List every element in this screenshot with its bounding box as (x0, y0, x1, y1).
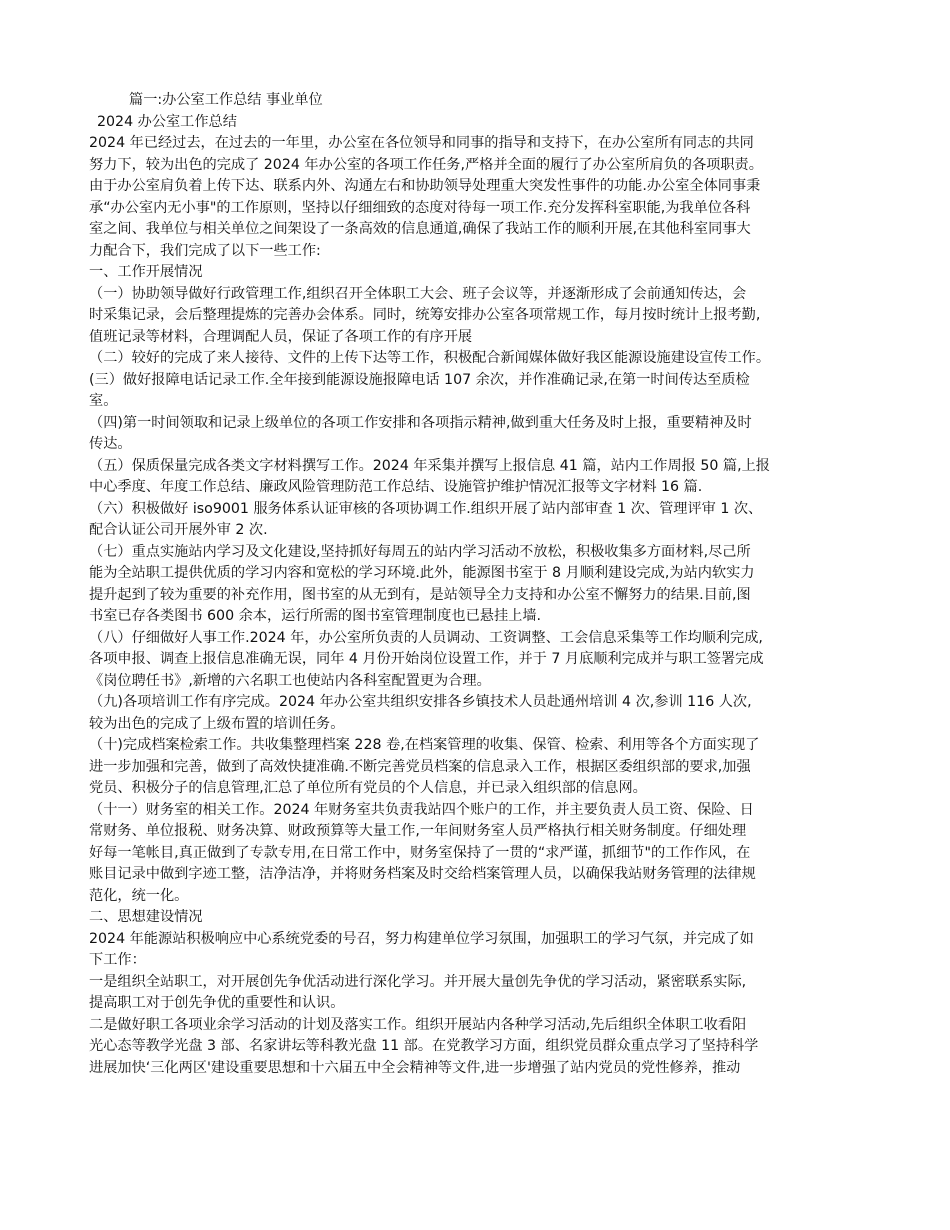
paragraph-line: 账目记录中做到字迹工整，洁净洁净，并将财务档案及时交给档案管理人员，以确保我站财… (89, 864, 864, 886)
paragraph-line: （十)完成档案检索工作。共收集整理档案 228 卷,在档案管理的收集、保管、检索… (89, 735, 864, 757)
paragraph-line: 一是组织全站职工，对开展创先争优活动进行深化学习。并开展大量创先争优的学习活动，… (89, 972, 864, 994)
paragraph-line: （八）仔细做好人事工作.2024 年，办公室所负责的人员调动、工资调整、工会信息… (89, 628, 864, 650)
paragraph-line: 中心季度、年度工作总结、廉政风险管理防范工作总结、设施管护维护情况汇报等文字材料… (89, 477, 864, 499)
paragraph-line: 各项申报、调查上报信息准确无误，同年 4 月份开始岗位设置工作，并于 7 月底顺… (89, 649, 864, 671)
paragraph-line: 力配合下，我们完成了以下一些工作: (89, 241, 864, 263)
paragraph-line: 进一步加强和完善，做到了高效快捷准确.不断完善党员档案的信息录入工作，根据区委组… (89, 757, 864, 779)
paragraph-line: 值班记录等材料，合理调配人员，保证了各项工作的有序开展 (89, 327, 864, 349)
paragraph-line: 一、工作开展情况 (89, 262, 864, 284)
paragraph-line: （二）较好的完成了来人接待、文件的上传下达等工作，积极配合新闻媒体做好我区能源设… (89, 348, 864, 370)
paragraph-line: 党员、积极分子的信息管理,汇总了单位所有党员的个人信息，并已录入组织部的信息网。 (89, 778, 864, 800)
document-body: 2024 年已经过去，在过去的一年里，办公室在各位领导和同事的指导和支持下，在办… (89, 133, 864, 1079)
paragraph-line: （一）协助领导做好行政管理工作,组织召开全体职工大会、班子会议等，并逐渐形成了会… (89, 284, 864, 306)
paragraph-line: 能为全站职工提供优质的学习内容和宽松的学习环境.此外，能源图书室于 8 月顺利建… (89, 563, 864, 585)
paragraph-line: 时采集记录，会后整理提炼的完善办会体系。同时，统筹安排办公室各项常规工作，每月按… (89, 305, 864, 327)
paragraph-line: (三）做好报障电话记录工作.全年接到能源设施报障电话 107 余次，并作准确记录… (89, 370, 864, 392)
paragraph-line: 范化，统一化。 (89, 886, 864, 908)
paragraph-line: 提升起到了较为重要的补充作用，图书室的从无到有，是站领导全力支持和办公室不懈努力… (89, 585, 864, 607)
paragraph-line: 较为出色的完成了上级布置的培训任务。 (89, 714, 864, 736)
paragraph-line: 室。 (89, 391, 864, 413)
document-title: 篇一:办公室工作总结 事业单位 (89, 90, 864, 112)
paragraph-line: 2024 年已经过去，在过去的一年里，办公室在各位领导和同事的指导和支持下，在办… (89, 133, 864, 155)
paragraph-line: 二是做好职工各项业余学习活动的计划及落实工作。组织开展站内各种学习活动,先后组织… (89, 1015, 864, 1037)
paragraph-line: 进展加快‘三化两区'建设重要思想和十六届五中全会精神等文件,进一步增强了站内党员… (89, 1058, 864, 1080)
paragraph-line: 下工作： (89, 950, 864, 972)
paragraph-line: 提高职工对于创先争优的重要性和认识。 (89, 993, 864, 1015)
paragraph-line: （四)第一时间领取和记录上级单位的各项工作安排和各项指示精神,做到重大任务及时上… (89, 413, 864, 435)
paragraph-line: 室之间、我单位与相关单位之间架设了一条高效的信息通道,确保了我站工作的顺利开展,… (89, 219, 864, 241)
document-page: 篇一:办公室工作总结 事业单位 2024 办公室工作总结 2024 年已经过去，… (89, 90, 864, 1079)
paragraph-line: 常财务、单位报税、财务决算、财政预算等大量工作,一年间财务室人员严格执行相关财务… (89, 821, 864, 843)
paragraph-line: 承“办公室内无小事"的工作原则，坚持以仔细细致的态度对待每一项工作.充分发挥科室… (89, 198, 864, 220)
paragraph-line: 由于办公室肩负着上传下达、联系内外、沟通左右和协助领导处理重大突发性事件的功能.… (89, 176, 864, 198)
paragraph-line: 书室已存各类图书 600 余本，运行所需的图书室管理制度也已悬挂上墙. (89, 606, 864, 628)
paragraph-line: （五）保质保量完成各类文字材料撰写工作。2024 年采集并撰写上报信息 41 篇… (89, 456, 864, 478)
paragraph-line: 努力下，较为出色的完成了 2024 年办公室的各项工作任务,严格并全面的履行了办… (89, 155, 864, 177)
paragraph-line: 传达。 (89, 434, 864, 456)
paragraph-line: （七）重点实施站内学习及文化建设,坚持抓好每周五的站内学习活动不放松，积极收集多… (89, 542, 864, 564)
paragraph-line: （六）积极做好 iso9001 服务体系认证审核的各项协调工作.组织开展了站内部… (89, 499, 864, 521)
paragraph-line: 《岗位聘任书》,新增的六名职工也使站内各科室配置更为合理。 (89, 671, 864, 693)
paragraph-line: 光心态等教学光盘 3 部、名家讲坛等科教光盘 11 部。在党教学习方面，组织党员… (89, 1036, 864, 1058)
paragraph-line: （九)各项培训工作有序完成。2024 年办公室共组织安排各乡镇技术人员赴通州培训… (89, 692, 864, 714)
paragraph-line: 好每一笔帐目,真正做到了专款专用,在日常工作中，财务室保持了一贯的“求严谨，抓细… (89, 843, 864, 865)
document-subtitle: 2024 办公室工作总结 (89, 112, 864, 134)
paragraph-line: （十一）财务室的相关工作。2024 年财务室共负责我站四个账户的工作，并主要负责… (89, 800, 864, 822)
paragraph-line: 二、思想建设情况 (89, 907, 864, 929)
paragraph-line: 配合认证公司开展外审 2 次. (89, 520, 864, 542)
paragraph-line: 2024 年能源站积极响应中心系统党委的号召，努力构建单位学习氛围，加强职工的学… (89, 929, 864, 951)
